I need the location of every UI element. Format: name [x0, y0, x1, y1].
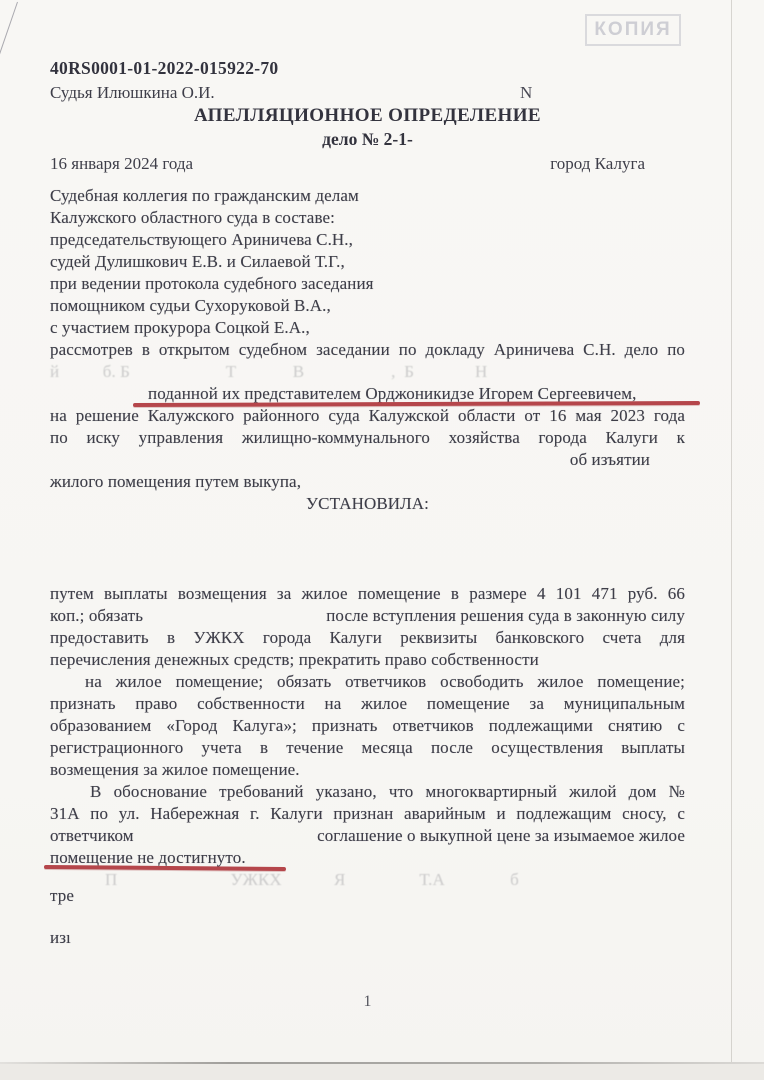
document-line: УСТАНОВИЛА: — [50, 493, 685, 515]
line-text: Судебная коллегия по гражданским делам — [50, 186, 359, 205]
document-line: возмещения за жилое помещение. — [50, 759, 685, 781]
line-text: помещение не достигнуто. — [50, 848, 246, 867]
document-line: об изъятии — [50, 449, 685, 471]
judge-line: Судья Илюшкина О.И. N — [50, 81, 685, 104]
document-line: Калужского областного суда в составе: — [50, 207, 685, 229]
line-text: тре — [50, 886, 74, 905]
document-line: коп.; обязатьпосле вступления решения су… — [50, 605, 685, 627]
document-line: по иску управления жилищно-коммунального… — [50, 427, 685, 449]
line-text: регистрационного учета в течение месяца … — [50, 738, 685, 757]
document-line: регистрационного учета в течение месяца … — [50, 737, 685, 759]
n-mark: N — [520, 81, 532, 104]
line-segment: ответчиком — [50, 825, 134, 847]
line-text: й б. Б Т В , Б Н — [50, 362, 487, 381]
document-line: Судебная коллегия по гражданским делам — [50, 185, 685, 207]
document-date: 16 января 2024 года — [50, 150, 193, 177]
line-text: образованием «Город Калуга»; признать от… — [50, 716, 685, 735]
line-text: при ведении протокола судебного заседани… — [50, 274, 374, 293]
case-number: 40RS0001-01-2022-015922-70 — [50, 56, 685, 81]
line-text: поданной их представителем Орджоникидзе … — [148, 384, 637, 403]
line-text: возмещения за жилое помещение. — [50, 760, 300, 779]
document-line: перечисления денежных средств; прекратит… — [50, 649, 685, 671]
document-body: Судебная коллегия по гражданским деламКа… — [50, 185, 685, 949]
judge-name: Судья Илюшкина О.И. — [50, 83, 215, 102]
case-line: дело № 2-1- — [50, 128, 685, 150]
line-text: путем выплаты возмещения за жилое помеще… — [50, 584, 685, 603]
date-city-line: 16 января 2024 года город Калуга — [50, 150, 685, 177]
document-line: на жилое помещение; обязать ответчиков о… — [50, 671, 685, 693]
line-text: по иску управления жилищно-коммунального… — [50, 428, 685, 447]
line-text: с участием прокурора Соцкой Е.А., — [50, 318, 310, 337]
line-text: об изъятии — [570, 450, 650, 469]
scan-crease-artifact — [0, 2, 18, 57]
line-text: Калужского областного суда в составе: — [50, 208, 335, 227]
document-title: АПЕЛЛЯЦИОННОЕ ОПРЕДЕЛЕНИЕ — [50, 104, 685, 128]
document-line: тре — [50, 885, 685, 907]
document-line: помещение не достигнуто. — [50, 847, 685, 869]
document-line: 31А по ул. Набережная г. Калуги признан … — [50, 803, 685, 825]
document-city: город Калуга — [550, 150, 685, 177]
document-line: с участием прокурора Соцкой Е.А., — [50, 317, 685, 339]
document-line: изı — [50, 927, 685, 949]
line-text: председательствующего Ариничева С.Н., — [50, 230, 353, 249]
line-text: В обоснование требований указано, что мн… — [90, 782, 685, 801]
document-line: судей Дулишкович Е.В. и Силаевой Т.Г., — [50, 251, 685, 273]
scan-edge-line — [731, 0, 732, 1062]
document-line: помощником судьи Сухоруковой В.А., — [50, 295, 685, 317]
scanner-background — [0, 1064, 764, 1080]
copy-stamp-label: КОПИЯ — [594, 19, 671, 41]
copy-stamp: КОПИЯ — [585, 14, 681, 46]
redacted-ghost-line: й б. Б Т В , Б Н — [50, 361, 685, 383]
line-text: жилого помещения путем выкупа, — [50, 472, 301, 491]
document-line: председательствующего Ариничева С.Н., — [50, 229, 685, 251]
line-text: изı — [50, 928, 71, 947]
line-segment: соглашение о выкупной цене за изымаемое … — [317, 825, 685, 847]
document-line: образованием «Город Калуга»; признать от… — [50, 715, 685, 737]
line-text: на решение Калужского районного суда Кал… — [50, 406, 685, 425]
document-line: признать право собственности на жилое по… — [50, 693, 685, 715]
document-line: предоставить в УЖКХ города Калуги реквиз… — [50, 627, 685, 649]
document-line: рассмотрев в открытом судебном заседании… — [50, 339, 685, 361]
line-text: предоставить в УЖКХ города Калуги реквиз… — [50, 628, 685, 647]
page-number: 1 — [50, 993, 685, 1011]
line-text: признать право собственности на жилое по… — [50, 694, 685, 713]
line-text: перечисления денежных средств; прекратит… — [50, 650, 539, 669]
document-line: ответчикомсоглашение о выкупной цене за … — [50, 825, 685, 847]
line-text: на жилое помещение; обязать ответчиков о… — [85, 672, 685, 691]
line-text: УСТАНОВИЛА: — [306, 494, 429, 513]
line-text: помощником судьи Сухоруковой В.А., — [50, 296, 331, 315]
line-text: судей Дулишкович Е.В. и Силаевой Т.Г., — [50, 252, 345, 271]
scanned-page: КОПИЯ 40RS0001-01-2022-015922-70 Судья И… — [0, 0, 764, 1080]
line-text: 31А по ул. Набережная г. Калуги признан … — [50, 804, 685, 823]
line-segment: после вступления решения суда в законную… — [326, 605, 685, 627]
document-line: при ведении протокола судебного заседани… — [50, 273, 685, 295]
line-text: рассмотрев в открытом судебном заседании… — [50, 340, 685, 359]
document-line: В обоснование требований указано, что мн… — [50, 781, 685, 803]
document-line: жилого помещения путем выкупа, — [50, 471, 685, 493]
document-line: путем выплаты возмещения за жилое помеще… — [50, 583, 685, 605]
line-segment: коп.; обязать — [50, 605, 143, 627]
document-line: поданной их представителем Орджоникидзе … — [50, 383, 685, 405]
document-line: на решение Калужского районного суда Кал… — [50, 405, 685, 427]
document-header: 40RS0001-01-2022-015922-70 Судья Илюшкин… — [50, 56, 685, 177]
